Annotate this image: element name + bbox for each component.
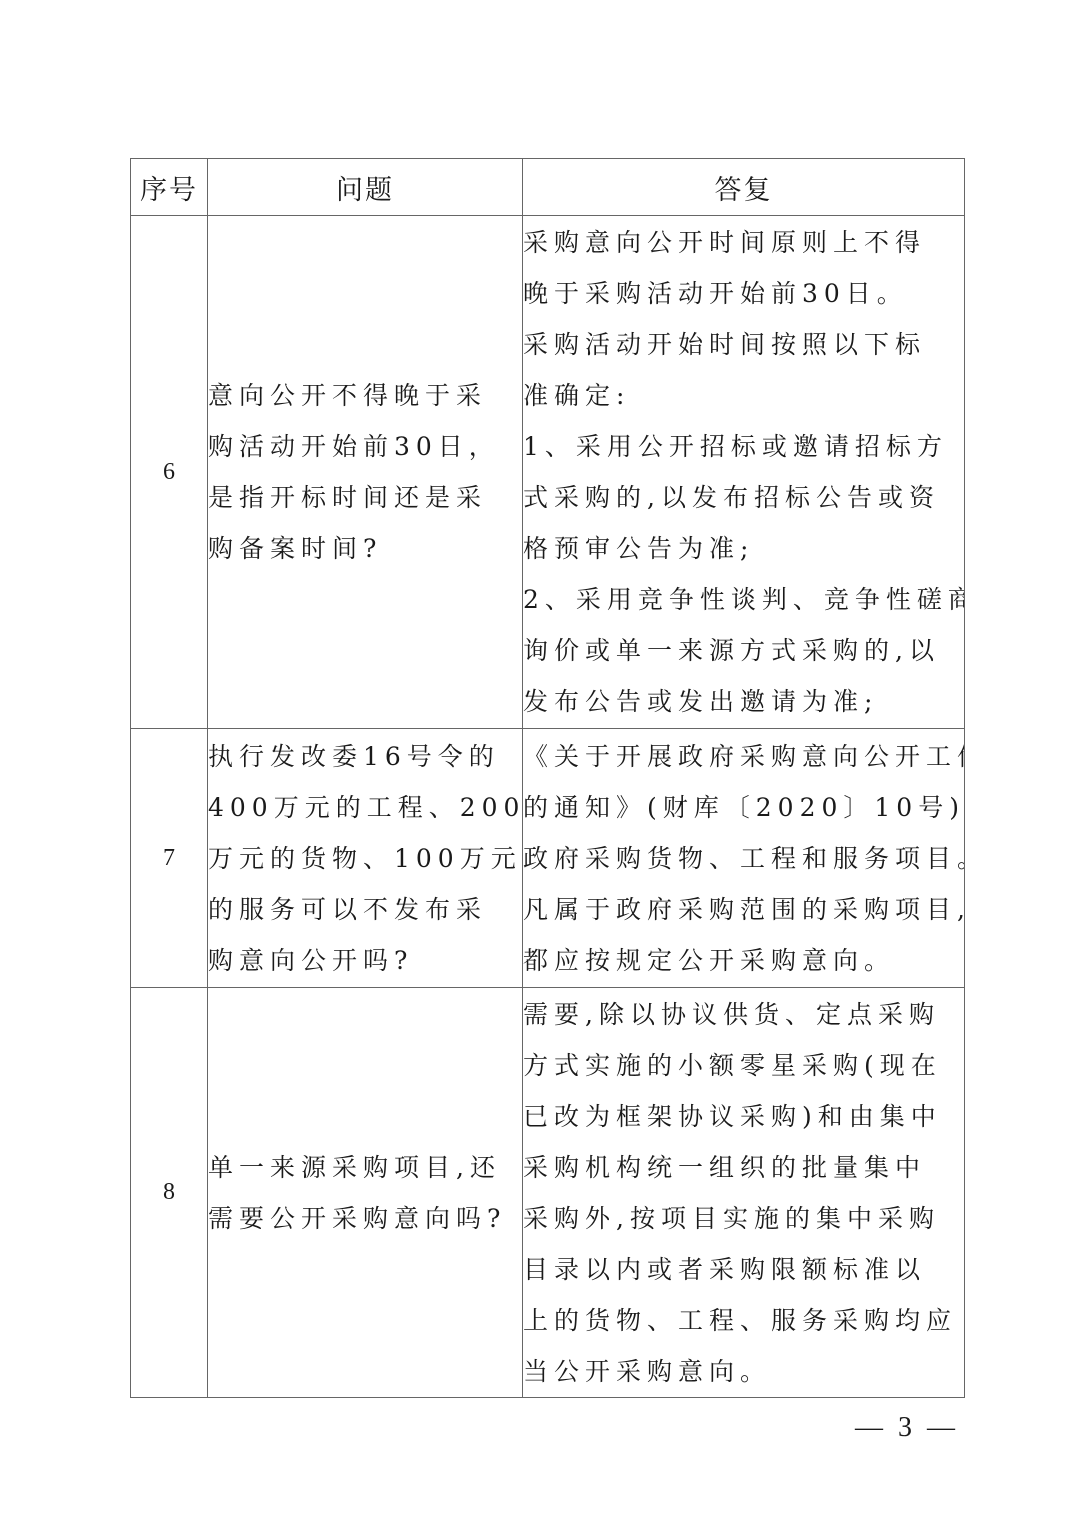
answer-line: 格预审公告为准; xyxy=(523,523,964,574)
answer-line: 晚于采购活动开始前30日。 xyxy=(523,268,964,319)
question-line: 400万元的工程、200 xyxy=(208,782,522,833)
question-line: 执行发改委16号令的 xyxy=(208,731,522,782)
question-line: 购备案时间? xyxy=(208,523,522,574)
question-cell: 单一来源采购项目,还 需要公开采购意向吗? xyxy=(208,988,523,1398)
table-row: 6 意向公开不得晚于采 购活动开始前30日， 是指开标时间还是采 购备案时间? … xyxy=(131,216,965,729)
row-number: 6 xyxy=(131,216,208,729)
question-line: 单一来源采购项目,还 xyxy=(208,1142,522,1193)
table-row: 8 单一来源采购项目,还 需要公开采购意向吗? 需要,除以协议供货、定点采购 方… xyxy=(131,988,965,1398)
page-number: — 3 — xyxy=(855,1412,959,1444)
answer-cell: 需要,除以协议供货、定点采购 方式实施的小额零星采购(现在 已改为框架协议采购)… xyxy=(523,988,965,1398)
answer-line: 都应按规定公开采购意向。 xyxy=(523,935,964,986)
answer-line: 方式实施的小额零星采购(现在 xyxy=(523,1040,964,1091)
answer-line: 准确定: xyxy=(523,370,964,421)
table-header-row: 序号 问题 答复 xyxy=(131,159,965,216)
question-line: 意向公开不得晚于采 xyxy=(208,370,522,421)
question-line: 购活动开始前30日， xyxy=(208,421,522,472)
answer-line: 2、采用竞争性谈判、竞争性磋商、 xyxy=(523,574,964,625)
question-cell: 执行发改委16号令的 400万元的工程、200 万元的货物、100万元 的服务可… xyxy=(208,729,523,988)
header-answer: 答复 xyxy=(523,159,965,216)
answer-line: 式采购的,以发布招标公告或资 xyxy=(523,472,964,523)
answer-line: 采购外,按项目实施的集中采购 xyxy=(523,1193,964,1244)
answer-line: 需要,除以协议供货、定点采购 xyxy=(523,989,964,1040)
answer-line: 采购机构统一组织的批量集中 xyxy=(523,1142,964,1193)
question-cell: 意向公开不得晚于采 购活动开始前30日， 是指开标时间还是采 购备案时间? xyxy=(208,216,523,729)
answer-line: 采购活动开始时间按照以下标 xyxy=(523,319,964,370)
answer-line: 询价或单一来源方式采购的,以 xyxy=(523,625,964,676)
row-number: 7 xyxy=(131,729,208,988)
answer-line: 《关于开展政府采购意向公开工作 xyxy=(523,731,964,782)
table-row: 7 执行发改委16号令的 400万元的工程、200 万元的货物、100万元 的服… xyxy=(131,729,965,988)
qa-table: 序号 问题 答复 6 意向公开不得晚于采 购活动开始前30日， 是指开标时间还是… xyxy=(130,158,965,1398)
answer-line: 当公开采购意向。 xyxy=(523,1346,964,1397)
answer-line: 采购意向公开时间原则上不得 xyxy=(523,217,964,268)
answer-line: 上的货物、工程、服务采购均应 xyxy=(523,1295,964,1346)
answer-cell: 《关于开展政府采购意向公开工作 的通知》(财库〔2020〕10号)适用于 政府采… xyxy=(523,729,965,988)
question-line: 需要公开采购意向吗? xyxy=(208,1193,522,1244)
question-line: 购意向公开吗? xyxy=(208,935,522,986)
header-serial-number: 序号 xyxy=(131,159,208,216)
header-question: 问题 xyxy=(208,159,523,216)
question-line: 是指开标时间还是采 xyxy=(208,472,522,523)
answer-cell: 采购意向公开时间原则上不得 晚于采购活动开始前30日。 采购活动开始时间按照以下… xyxy=(523,216,965,729)
document-page: 序号 问题 答复 6 意向公开不得晚于采 购活动开始前30日， 是指开标时间还是… xyxy=(0,0,1092,1535)
answer-line: 凡属于政府采购范围的采购项目, xyxy=(523,884,964,935)
answer-line: 目录以内或者采购限额标准以 xyxy=(523,1244,964,1295)
answer-line: 1、采用公开招标或邀请招标方 xyxy=(523,421,964,472)
answer-line: 的通知》(财库〔2020〕10号)适用于 xyxy=(523,782,964,833)
answer-line: 政府采购货物、工程和服务项目。 xyxy=(523,833,964,884)
answer-line: 已改为框架协议采购)和由集中 xyxy=(523,1091,964,1142)
question-line: 万元的货物、100万元 xyxy=(208,833,522,884)
answer-line: 发布公告或发出邀请为准; xyxy=(523,676,964,727)
row-number: 8 xyxy=(131,988,208,1398)
question-line: 的服务可以不发布采 xyxy=(208,884,522,935)
